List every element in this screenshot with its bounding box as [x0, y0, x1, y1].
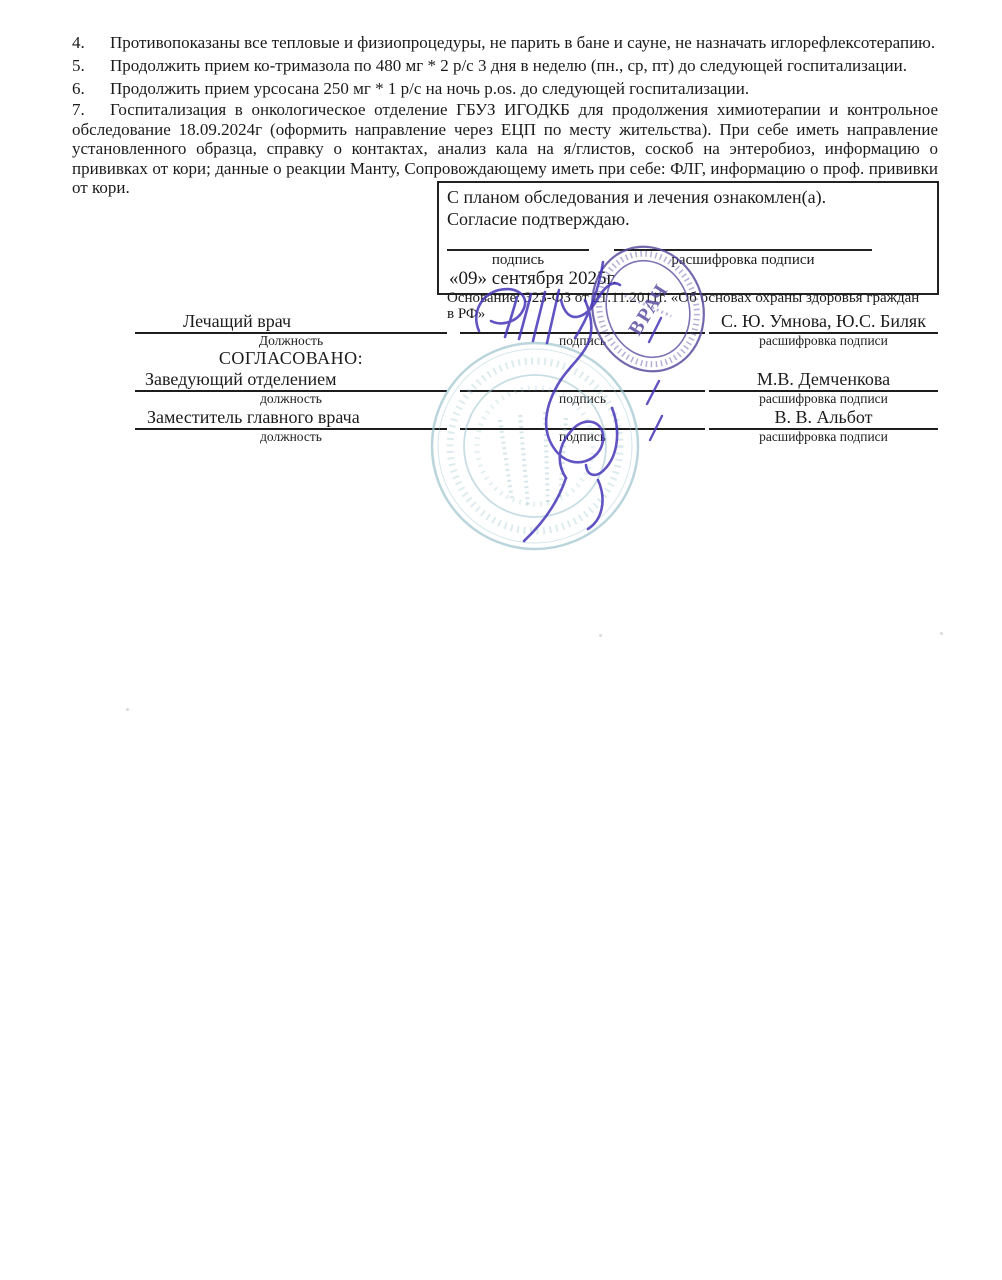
consent-line-2: Согласие подтверждаю. [447, 208, 930, 230]
doctor-name: С. Ю. Умнова, Ю.С. Биляк [709, 311, 938, 334]
document-page: 4.Противопоказаны все тепловые и физиопр… [0, 0, 1002, 1280]
scan-speck [599, 634, 602, 637]
scan-speck [940, 632, 943, 635]
signature-line [460, 369, 705, 392]
signature-row: Заместитель главного врача должность под… [135, 406, 938, 444]
consent-date: «09» сентября 2025г. [447, 269, 930, 288]
signature-row: Лечащий врач Должность подпись С. Ю. Умн… [135, 311, 938, 348]
signature-row: Заведующий отделением должность подпись … [135, 369, 938, 406]
position-title: Заместитель главного врача [135, 406, 447, 430]
agreed-heading: СОГЛАСОВАНО: [135, 348, 447, 369]
name-label: расшифровка подписи [709, 334, 938, 348]
item-text: Продолжить прием урсосана 250 мг * 1 р/с… [110, 79, 749, 98]
signature-label: подпись [460, 430, 705, 444]
item-number: 6. [72, 77, 110, 100]
name-line [614, 248, 872, 251]
item-number: 5. [72, 54, 110, 77]
list-item: 6.Продолжить прием урсосана 250 мг * 1 р… [72, 77, 938, 100]
position-title: Заведующий отделением [135, 369, 447, 392]
consent-box: С планом обследования и лечения ознакомл… [437, 181, 939, 295]
recommendations-list: 4.Противопоказаны все тепловые и физиопр… [72, 31, 938, 198]
signature-label: подпись [447, 253, 589, 268]
position-label: должность [135, 392, 447, 406]
position-label: должность [135, 430, 447, 444]
position-label: Должность [135, 334, 447, 348]
doctor-name: М.В. Демченкова [709, 369, 938, 392]
signature-label: подпись [460, 334, 705, 348]
signature-line [460, 311, 705, 334]
doctor-name: В. В. Альбот [709, 406, 938, 430]
list-item: 5.Продолжить прием ко-тримазола по 480 м… [72, 54, 938, 77]
scan-speck [126, 708, 129, 711]
name-label: расшифровка подписи [709, 430, 938, 444]
signature-line [460, 406, 705, 430]
position-title: Лечащий врач [135, 311, 447, 334]
item-text: Продолжить прием ко-тримазола по 480 мг … [110, 56, 907, 75]
item-number: 4. [72, 31, 110, 54]
name-label: расшифровка подписи [614, 253, 872, 268]
list-item: 4.Противопоказаны все тепловые и физиопр… [72, 31, 938, 54]
name-label: расшифровка подписи [709, 392, 938, 406]
signature-line [447, 248, 589, 251]
consent-line-1: С планом обследования и лечения ознакомл… [447, 186, 930, 208]
item-text: Противопоказаны все тепловые и физиопроц… [110, 33, 935, 52]
item-number: 7. [72, 100, 110, 120]
signature-label: подпись [460, 392, 705, 406]
signature-block: Лечащий врач Должность подпись С. Ю. Умн… [135, 311, 938, 444]
